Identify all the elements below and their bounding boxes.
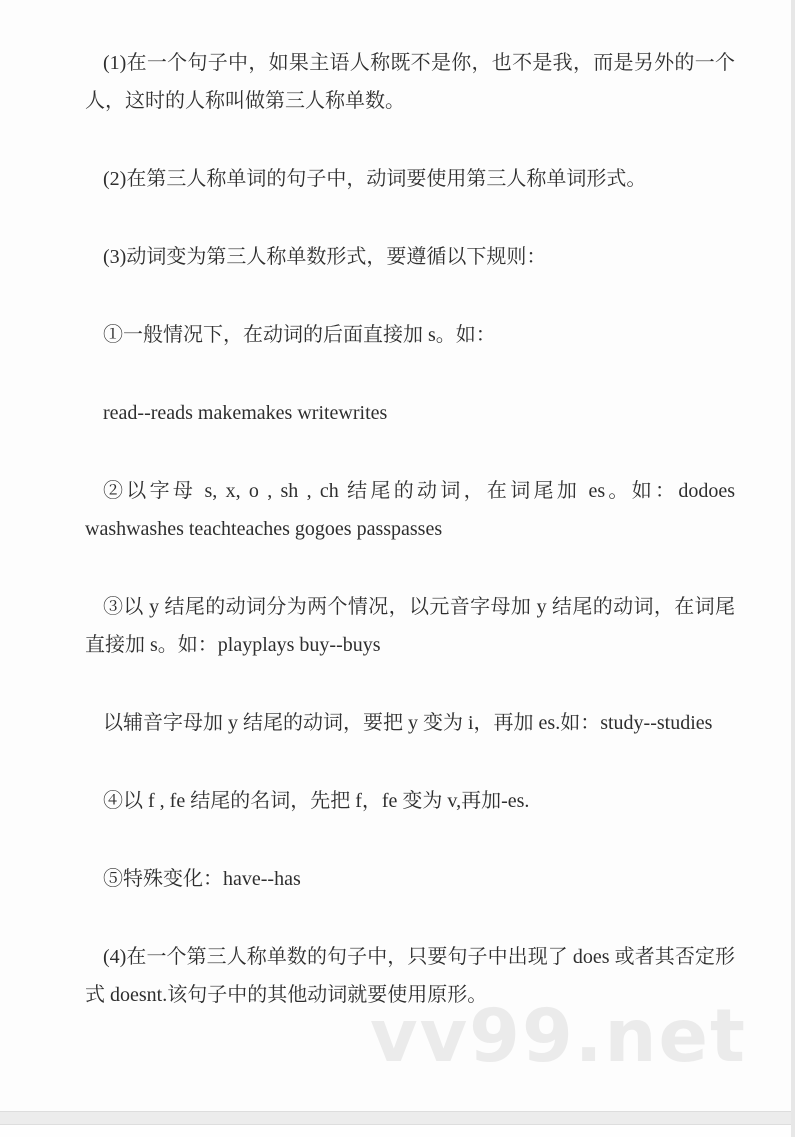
paragraph: ⑤特殊变化：have--has	[85, 860, 735, 898]
paragraph: (2)在第三人称单词的句子中，动词要使用第三人称单词形式。	[85, 160, 735, 198]
document-page: (1)在一个句子中，如果主语人称既不是你，也不是我，而是另外的一个人，这时的人称…	[0, 0, 791, 1111]
paragraph: (3)动词变为第三人称单数形式，要遵循以下规则：	[85, 238, 735, 276]
paragraph: read--reads makemakes writewrites	[85, 394, 735, 432]
paragraph: (4)在一个第三人称单数的句子中，只要句子中出现了 does 或者其否定形式 d…	[85, 938, 735, 1014]
document-viewer: (1)在一个句子中，如果主语人称既不是你，也不是我，而是另外的一个人，这时的人称…	[0, 0, 800, 1137]
paragraph: ①一般情况下，在动词的后面直接加 s。如：	[85, 316, 735, 354]
paragraph: ③以 y 结尾的动词分为两个情况，以元音字母加 y 结尾的动词，在词尾直接加 s…	[85, 588, 735, 664]
paragraph: ②以字母 s, x, o , sh , ch 结尾的动词，在词尾加 es。如：d…	[85, 472, 735, 548]
next-page-preview	[0, 1125, 791, 1137]
paragraph: ④以 f , fe 结尾的名词，先把 f，fe 变为 v,再加-es.	[85, 782, 735, 820]
page-separator	[0, 1111, 791, 1125]
paragraph: (1)在一个句子中，如果主语人称既不是你，也不是我，而是另外的一个人，这时的人称…	[85, 44, 735, 120]
paragraph: 以辅音字母加 y 结尾的动词，要把 y 变为 i，再加 es.如：study--…	[85, 704, 735, 742]
page-edge-divider	[791, 0, 795, 1137]
